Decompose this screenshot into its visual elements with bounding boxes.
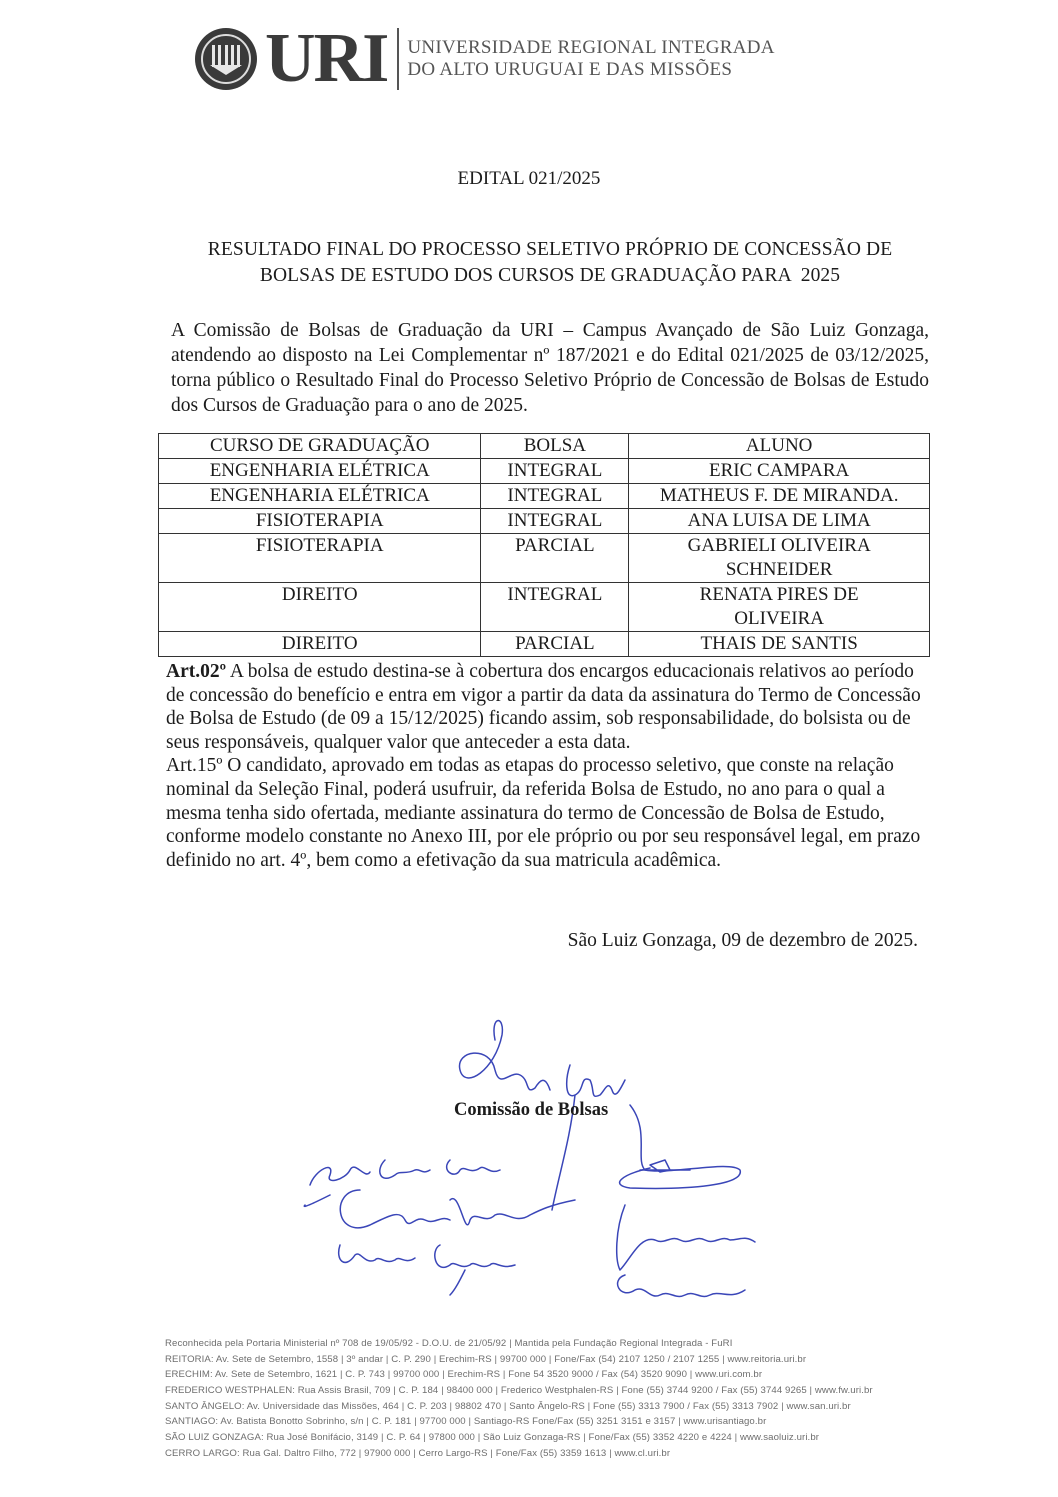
- footer-line: Reconhecida pela Portaria Ministerial nº…: [165, 1336, 925, 1352]
- article-label: Art.15º: [166, 755, 222, 776]
- cell-scholarship: INTEGRAL: [481, 583, 629, 632]
- signature-initials: [640, 1160, 690, 1172]
- edital-number: EDITAL 021/2025: [0, 168, 1058, 190]
- results-table: CURSO DE GRADUAÇÃO BOLSA ALUNO ENGENHARI…: [158, 433, 930, 657]
- articles-section: Art.02º A bolsa de estudo destina-se à c…: [166, 660, 926, 872]
- table-row: DIREITOINTEGRALRENATA PIRES DE OLIVEIRA: [159, 583, 930, 632]
- uri-seal-icon: [195, 28, 257, 90]
- logo-wordmark: URI: [265, 24, 387, 94]
- signature-cristiane: [340, 1190, 575, 1228]
- signatures-area: [290, 1010, 810, 1320]
- cell-course: FISIOTERAPIA: [159, 534, 481, 583]
- table-row: FISIOTERAPIAINTEGRALANA LUISA DE LIMA: [159, 509, 930, 534]
- footer-line: REITORIA: Av. Sete de Setembro, 1558 | 3…: [165, 1352, 925, 1368]
- article-paragraph: Art.15º O candidato, aprovado em todas a…: [166, 754, 926, 872]
- footer-line: SANTIAGO: Av. Batista Bonotto Sobrinho, …: [165, 1414, 925, 1430]
- table-row: DIREITOPARCIALTHAIS DE SANTIS: [159, 632, 930, 657]
- cell-course: ENGENHARIA ELÉTRICA: [159, 484, 481, 509]
- article-text: A bolsa de estudo destina-se à cobertura…: [166, 661, 921, 753]
- cell-course: DIREITO: [159, 632, 481, 657]
- table-header-row: CURSO DE GRADUAÇÃO BOLSA ALUNO: [159, 434, 930, 459]
- intro-paragraph: A Comissão de Bolsas de Graduação da URI…: [171, 318, 929, 418]
- signature-raica-gomes: [339, 1245, 515, 1295]
- cell-student: RENATA PIRES DE OLIVEIRA: [629, 583, 930, 632]
- article-text: O candidato, aprovado em todas as etapas…: [166, 755, 920, 870]
- footer-line: SANTO ÂNGELO: Av. Universidade das Missõ…: [165, 1399, 925, 1415]
- footer-line: CERRO LARGO: Rua Gal. Daltro Filho, 772 …: [165, 1446, 925, 1462]
- cell-student: MATHEUS F. DE MIRANDA.: [629, 484, 930, 509]
- institution-name: UNIVERSIDADE REGIONAL INTEGRADA DO ALTO …: [407, 37, 774, 81]
- committee-label: Comissão de Bolsas: [454, 1100, 608, 1121]
- document-title-line1: RESULTADO FINAL DO PROCESSO SELETIVO PRÓ…: [160, 237, 940, 263]
- header-scholarship: BOLSA: [481, 434, 629, 459]
- institution-name-line2: DO ALTO URUGUAI E DAS MISSÕES: [407, 59, 774, 81]
- table-row: ENGENHARIA ELÉTRICAINTEGRALERIC CAMPARA: [159, 459, 930, 484]
- footer-line: SÃO LUIZ GONZAGA: Rua José Bonifácio, 31…: [165, 1430, 925, 1446]
- document-title: RESULTADO FINAL DO PROCESSO SELETIVO PRÓ…: [160, 237, 940, 289]
- article-paragraph: Art.02º A bolsa de estudo destina-se à c…: [166, 660, 926, 754]
- signature-ana-luci-silva: [304, 1160, 500, 1206]
- footer-line: FREDERICO WESTPHALEN: Rua Assis Brasil, …: [165, 1383, 925, 1399]
- cell-scholarship: PARCIAL: [481, 632, 629, 657]
- institution-header: URI UNIVERSIDADE REGIONAL INTEGRADA DO A…: [195, 24, 775, 94]
- cell-course: DIREITO: [159, 583, 481, 632]
- cell-course: ENGENHARIA ELÉTRICA: [159, 459, 481, 484]
- cell-student: THAIS DE SANTIS: [629, 632, 930, 657]
- cell-scholarship: INTEGRAL: [481, 484, 629, 509]
- cell-scholarship: INTEGRAL: [481, 459, 629, 484]
- article-label: Art.02º: [166, 661, 226, 682]
- footer-addresses: Reconhecida pela Portaria Ministerial nº…: [165, 1336, 925, 1462]
- footer-line: ERECHIM: Av. Sete de Setembro, 1621 | C.…: [165, 1367, 925, 1383]
- place-date: São Luiz Gonzaga, 09 de dezembro de 2025…: [500, 930, 918, 952]
- header-course: CURSO DE GRADUAÇÃO: [159, 434, 481, 459]
- cell-scholarship: PARCIAL: [481, 534, 629, 583]
- cell-student: ERIC CAMPARA: [629, 459, 930, 484]
- cell-course: FISIOTERAPIA: [159, 509, 481, 534]
- cell-scholarship: INTEGRAL: [481, 509, 629, 534]
- signature-leonardo-farias: [617, 1205, 755, 1296]
- table-row: FISIOTERAPIAPARCIALGABRIELI OLIVEIRA SCH…: [159, 534, 930, 583]
- cell-student: GABRIELI OLIVEIRA SCHNEIDER: [629, 534, 930, 583]
- institution-name-line1: UNIVERSIDADE REGIONAL INTEGRADA: [407, 37, 774, 59]
- document-title-line2: BOLSAS DE ESTUDO DOS CURSOS DE GRADUAÇÃO…: [160, 263, 940, 289]
- header-student: ALUNO: [629, 434, 930, 459]
- logo-divider: [397, 28, 399, 90]
- cell-student: ANA LUISA DE LIMA: [629, 509, 930, 534]
- table-row: ENGENHARIA ELÉTRICAINTEGRALMATHEUS F. DE…: [159, 484, 930, 509]
